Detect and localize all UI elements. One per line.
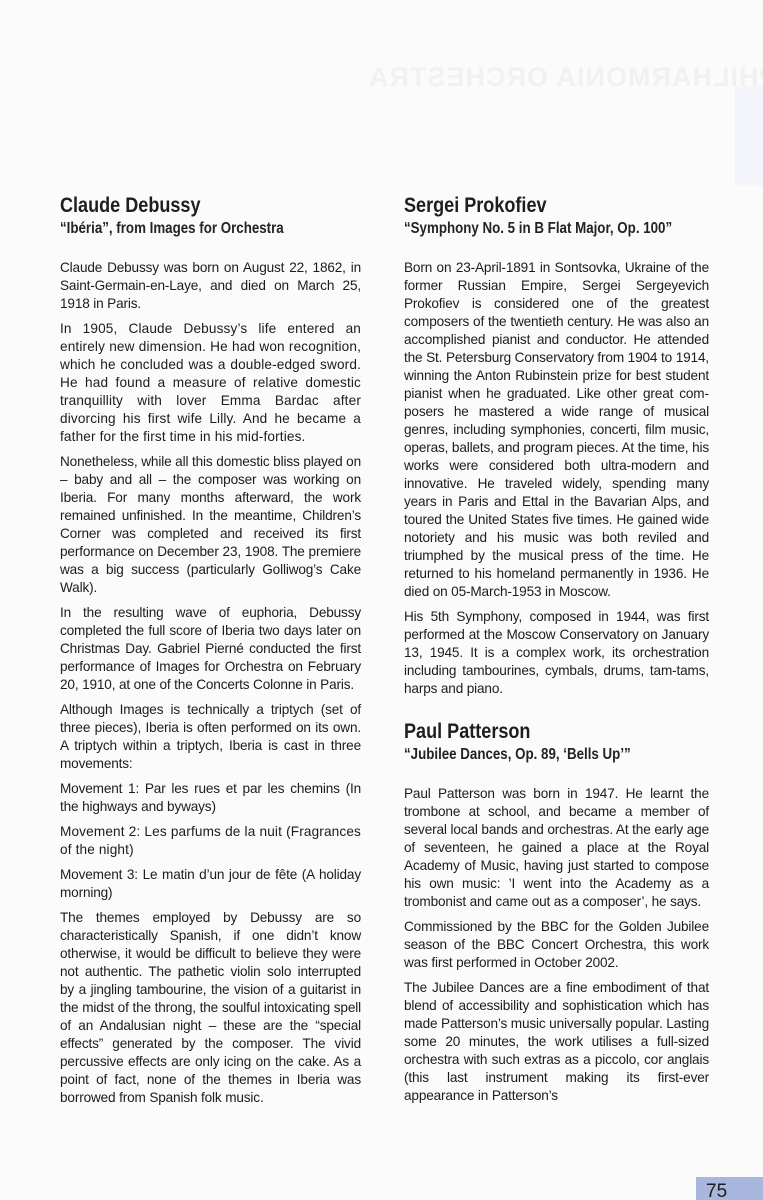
composer-heading: Paul Patterson: [404, 719, 666, 745]
work-title: “Jubilee Dances, Op. 89, ‘Bells Up’”: [404, 745, 666, 765]
paragraph: Claude Debussy was born on August 22, 18…: [60, 259, 361, 313]
section-spacer: [404, 705, 709, 719]
paragraph: Although Images is technically a triptyc…: [60, 701, 361, 773]
work-title: “Symphony No. 5 in B Flat Major, Op. 100…: [404, 219, 666, 239]
paragraph: His 5th Symphony, composed in 1944, was …: [404, 608, 709, 698]
movement-item: Movement 3: Le matin d’un jour de fête (…: [60, 866, 361, 902]
patterson-section: Paul Patterson “Jubilee Dances, Op. 89, …: [404, 719, 709, 1105]
paragraph: Commissioned by the BBC for the Golden J…: [404, 918, 709, 972]
debussy-section: Claude Debussy “Ibéria”, from Images for…: [60, 193, 361, 1107]
paragraph: In 1905, Claude Debussy’s life entered a…: [60, 320, 361, 446]
composer-heading: Claude Debussy: [60, 193, 319, 219]
left-column: Claude Debussy “Ibéria”, from Images for…: [60, 193, 361, 1114]
right-column: Sergei Prokofiev “Symphony No. 5 in B Fl…: [404, 193, 709, 1112]
work-title: “Ibéria”, from Images for Orchestra: [60, 219, 319, 239]
paragraph: In the resulting wave of euphoria, Debus…: [60, 604, 361, 694]
paragraph: Paul Patterson was born in 1947. He lear…: [404, 785, 709, 911]
composer-heading: Sergei Prokofiev: [404, 193, 666, 219]
prokofiev-section: Sergei Prokofiev “Symphony No. 5 in B Fl…: [404, 193, 709, 698]
paragraph: The Jubilee Dances are a fine embodiment…: [404, 979, 709, 1105]
paragraph: The themes employed by Debussy are so ch…: [60, 909, 361, 1107]
paragraph: Born on 23-April-1891 in Sontsovka, Ukra…: [404, 259, 709, 601]
movement-item: Movement 2: Les parfums de la nuit (Fra­…: [60, 823, 361, 859]
paragraph: Nonetheless, while all this domestic bli…: [60, 453, 361, 597]
bleed-through-title: PHILHARMONIA ORCHESTRA: [368, 62, 763, 93]
bleed-through-tab: [735, 86, 763, 186]
movement-item: Movement 1: Par les rues et par les chem…: [60, 780, 361, 816]
page-number: 75: [696, 1177, 763, 1200]
